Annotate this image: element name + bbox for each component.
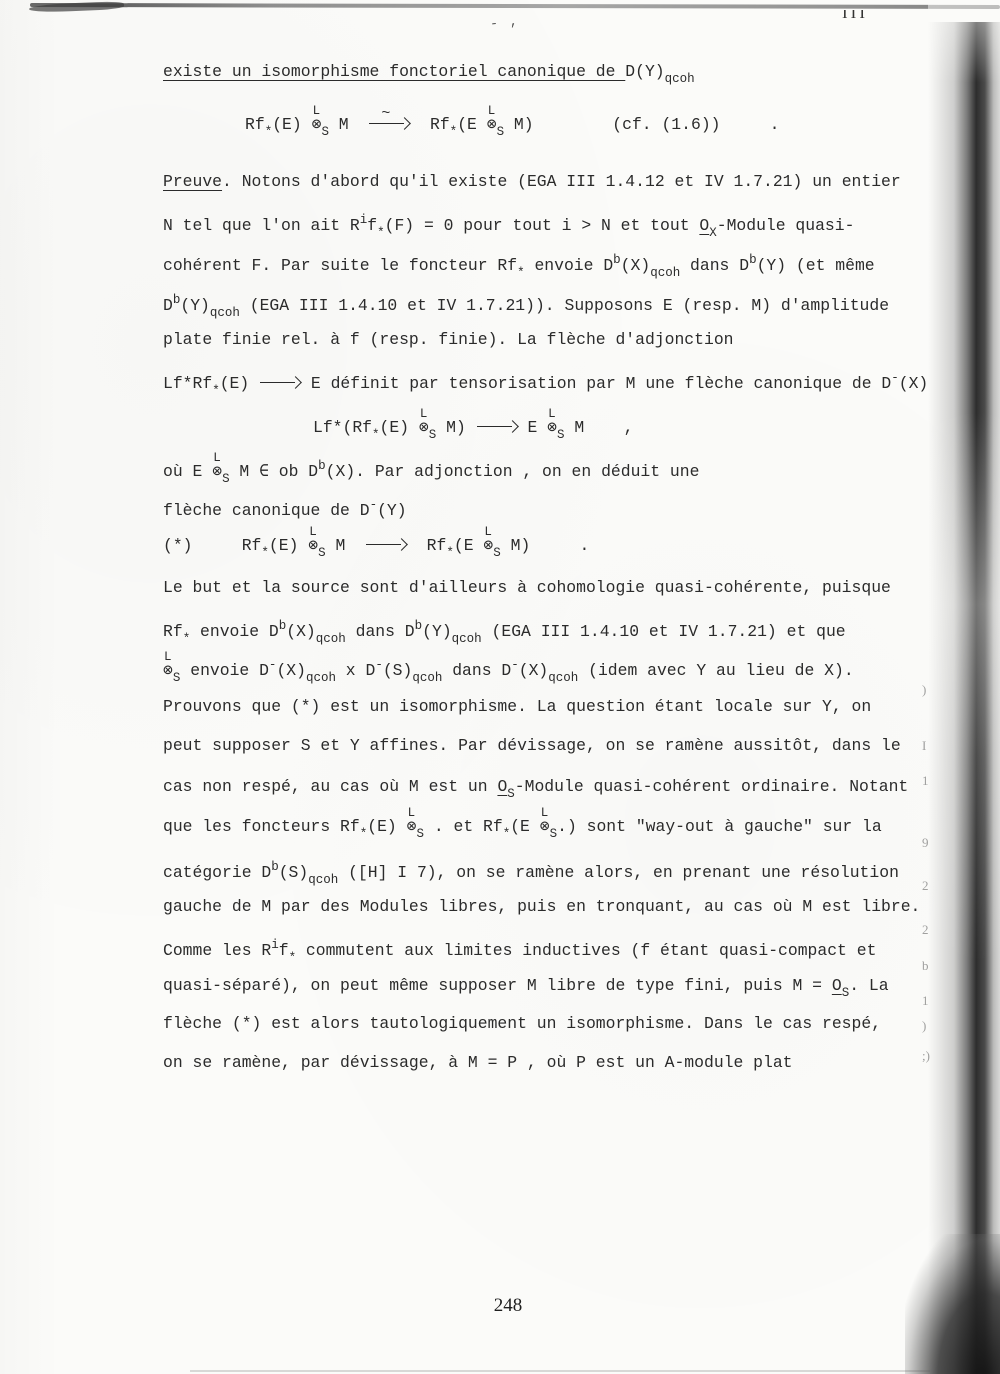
display-formula: Rf*(E) L⊗S M ~ Rf*(E L⊗S M) (cf. (1.6)) … (245, 115, 780, 142)
text-line: cas non respé, au cas où M est un OS-Mod… (163, 777, 908, 804)
bleed-mark: 2 (922, 878, 929, 894)
text-line: Prouvons que (*) est un isomorphisme. La… (163, 697, 871, 716)
text-line: Db(Y)qcoh (EGA III 1.4.10 et IV 1.7.21))… (163, 291, 889, 323)
text-line: L⊗S envoie D-(X)qcoh x D-(S)qcoh dans D-… (163, 656, 854, 688)
text-line: flèche canonique de D-(Y) (163, 496, 407, 520)
scanned-paper-page: - , III existe un isomorphisme fonctorie… (0, 0, 1000, 1374)
text-line: où E L⊗S M ∈ ob Db(X). Par adjonction , … (163, 457, 699, 489)
header-page-roman-text: III (842, 10, 892, 23)
text-line: Rf* envoie Db(X)qcoh dans Db(Y)qcoh (EGA… (163, 617, 846, 649)
text-line: on se ramène, par dévissage, à M = P , o… (163, 1053, 793, 1072)
bleed-mark: b (922, 958, 929, 974)
text-line: Le but et la source sont d'ailleurs à co… (163, 578, 891, 597)
scan-band-fade (928, 0, 1000, 1374)
text-line: Lf*Rf*(E) E définit par tensorisation pa… (163, 369, 928, 401)
text-line: quasi-séparé), on peut même supposer M l… (163, 976, 889, 1003)
text-line: que les foncteurs Rf*(E) L⊗S . et Rf*(E … (163, 817, 882, 844)
bleed-mark: ) (922, 682, 926, 698)
text-line: peut supposer S et Y affines. Par déviss… (163, 736, 901, 755)
text-line: flèche (*) est alors tautologiquement un… (163, 1014, 881, 1033)
bleed-mark: 9 (922, 835, 929, 851)
bleed-mark: I (922, 738, 926, 754)
header-page-roman: III (842, 10, 892, 27)
text-line: cohérent F. Par suite le foncteur Rf* en… (163, 251, 875, 283)
bleed-mark: 1 (922, 993, 929, 1009)
bleed-mark: ) (922, 1018, 926, 1034)
scan-edge-bottom (190, 1370, 930, 1372)
bleed-mark: 2 (922, 922, 929, 938)
display-formula-star: (*) Rf*(E) L⊗S M Rf*(E L⊗S M) . (163, 536, 589, 563)
display-formula: Lf*(Rf*(E) L⊗S M) E L⊗S M , (313, 418, 633, 445)
bleed-mark: 1 (922, 773, 929, 789)
bleed-mark: ;) (922, 1048, 930, 1064)
text-line: gauche de M par des Modules libres, puis… (163, 897, 920, 916)
text-line: N tel que l'on ait Rif*(F) = 0 pour tout… (163, 211, 854, 243)
text-line: catégorie Db(S)qcoh ([H] I 7), on se ram… (163, 858, 899, 890)
text-line: Preuve. Notons d'abord qu'il existe (EGA… (163, 172, 901, 191)
header-center-mark: - , (489, 14, 520, 32)
text-line: plate finie rel. à f (resp. finie). La f… (163, 330, 734, 349)
text-line: Comme les Rif* commutent aux limites ind… (163, 936, 876, 968)
scan-edge-top (30, 3, 1000, 9)
page-number: 248 (0, 1295, 1000, 1317)
title-line: existe un isomorphisme fonctoriel canoni… (163, 62, 695, 89)
